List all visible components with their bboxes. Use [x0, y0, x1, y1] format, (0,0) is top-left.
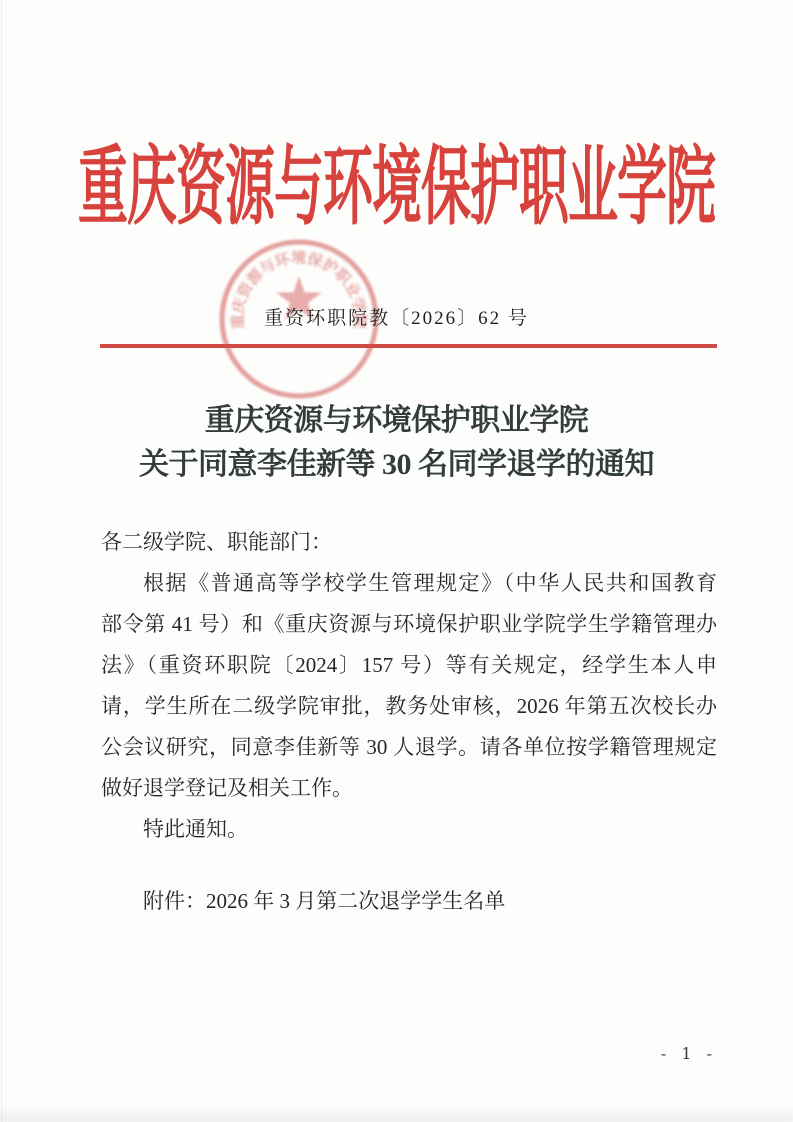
body-line-3: 法》（重资环职院〔2024〕157 号）等有关规定，经学生本人申 — [101, 645, 717, 686]
document-title-line1: 重庆资源与环境保护职业学院 — [0, 399, 793, 443]
scan-smudge-artifact — [0, 1100, 793, 1122]
body-line-6: 做好退学登记及相关工作。 — [101, 768, 717, 809]
document-title-line2: 关于同意李佳新等 30 名同学退学的通知 — [0, 443, 793, 487]
document-page: 重庆资源与环境保护职业学院 重庆资源与环境保护职业学院 重资环职院教〔2026〕… — [0, 0, 793, 1122]
closing-line: 特此通知。 — [101, 809, 717, 850]
red-separator-line — [100, 344, 717, 348]
body-line-1: 根据《普通高等学校学生管理规定》（中华人民共和国教育 — [101, 563, 717, 604]
document-title: 重庆资源与环境保护职业学院 关于同意李佳新等 30 名同学退学的通知 — [0, 399, 793, 487]
document-body: 各二级学院、职能部门： 根据《普通高等学校学生管理规定》（中华人民共和国教育 部… — [101, 522, 717, 922]
page-number: - 1 - — [0, 1044, 717, 1063]
salutation-line: 各二级学院、职能部门： — [101, 522, 717, 563]
body-line-4: 请，学生所在二级学院审批，教务处审核，2026 年第五次校长办 — [101, 686, 717, 727]
attachment-line: 附件：2026 年 3 月第二次退学学生名单 — [101, 881, 717, 922]
masthead-org-name: 重庆资源与环境保护职业学院 — [78, 144, 715, 230]
masthead: 重庆资源与环境保护职业学院 — [0, 144, 793, 194]
body-line-5: 公会议研究，同意李佳新等 30 人退学。请各单位按学籍管理规定 — [101, 727, 717, 768]
body-line-2: 部令第 41 号）和《重庆资源与环境保护职业学院学生学籍管理办 — [101, 604, 717, 645]
document-reference-number: 重资环职院教〔2026〕62 号 — [0, 303, 793, 330]
